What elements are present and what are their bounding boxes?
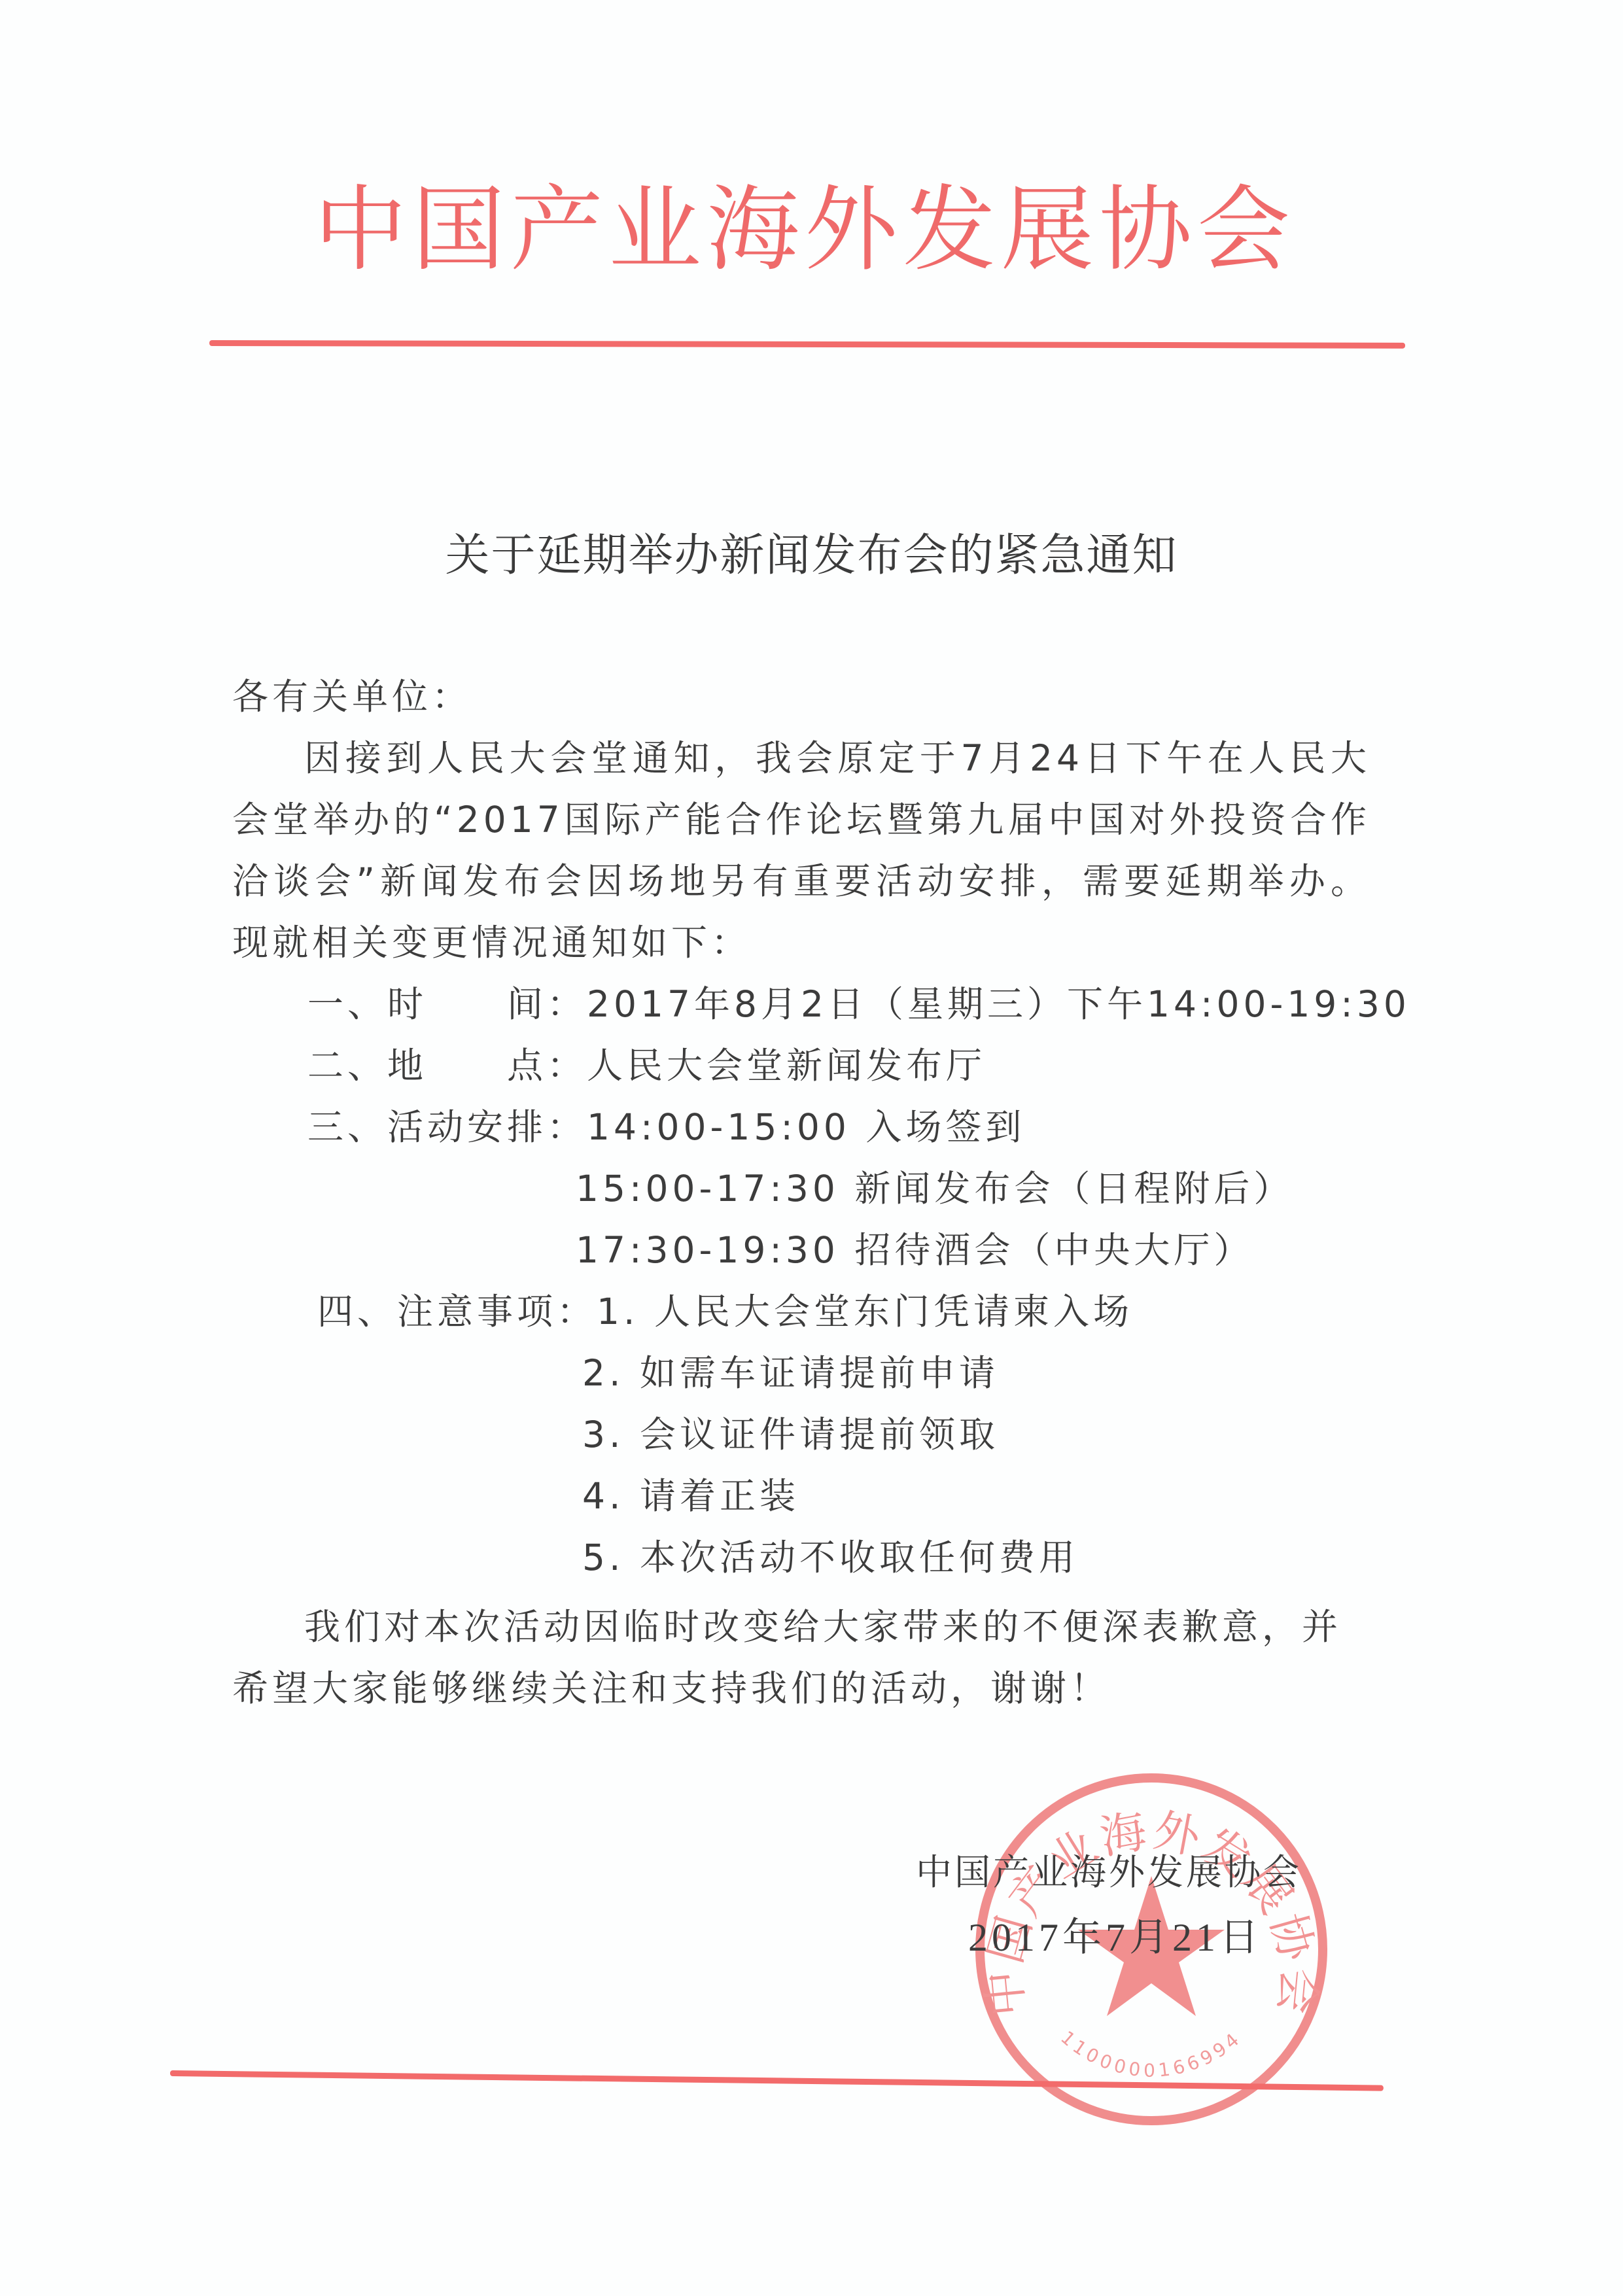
item-place-value: 人民大会堂新闻发布厅 [587,1045,986,1087]
svg-text:1100000166994: 1100000166994 [1056,2026,1246,2081]
salutation: 各有关单位： [232,666,472,727]
letterhead-divider [209,340,1405,349]
note-entry: 1. 人民大会堂东门凭请柬入场 [597,1291,1133,1332]
signature-date: 2017年7月21日 [968,1907,1263,1968]
item-time: 一、时 间：2017年8月2日（星期三）下午14:00-19:30 [307,973,1410,1035]
notice-title: 关于延期举办新闻发布会的紧急通知 [0,523,1623,589]
item-schedule: 三、活动安排：14:00-15:00 入场签到 [307,1096,1025,1158]
item-notes: 四、注意事项：1. 人民大会堂东门凭请柬入场 [317,1281,1133,1342]
seal-serial: 1100000166994 [1056,2026,1246,2081]
item-place: 二、地 点：人民大会堂新闻发布厅 [307,1035,986,1096]
item-time-value: 2017年8月2日（星期三）下午14:00-19:30 [587,983,1410,1025]
item-schedule-label: 三、活动安排： [307,1106,587,1148]
note-entry: 4. 请着正装 [582,1465,799,1527]
intro-paragraph: 因接到人民大会堂通知，我会原定于7月24日下午在人民大会堂举办的“2017国际产… [232,727,1370,973]
signature-organization: 中国产业海外发展协会 [916,1841,1302,1903]
schedule-entry: 17:30-19:30 招待酒会（中央大厅） [576,1219,1253,1281]
item-time-label: 一、时 间： [307,983,587,1025]
note-entry: 2. 如需车证请提前申请 [582,1342,999,1404]
item-place-label: 二、地 点： [307,1045,587,1087]
item-notes-label: 四、注意事项： [317,1291,597,1332]
schedule-entry: 15:00-17:30 新闻发布会（日程附后） [576,1158,1293,1219]
schedule-entry: 14:00-15:00 入场签到 [587,1106,1025,1148]
note-entry: 3. 会议证件请提前领取 [582,1404,999,1465]
note-entry: 5. 本次活动不收取任何费用 [582,1527,1079,1588]
closing-paragraph: 我们对本次活动因临时改变给大家带来的不便深表歉意，并希望大家能够继续关注和支持我… [232,1596,1377,1719]
letterhead-organization: 中国产业海外发展协会 [314,171,1295,289]
footer-divider [170,2070,1384,2091]
